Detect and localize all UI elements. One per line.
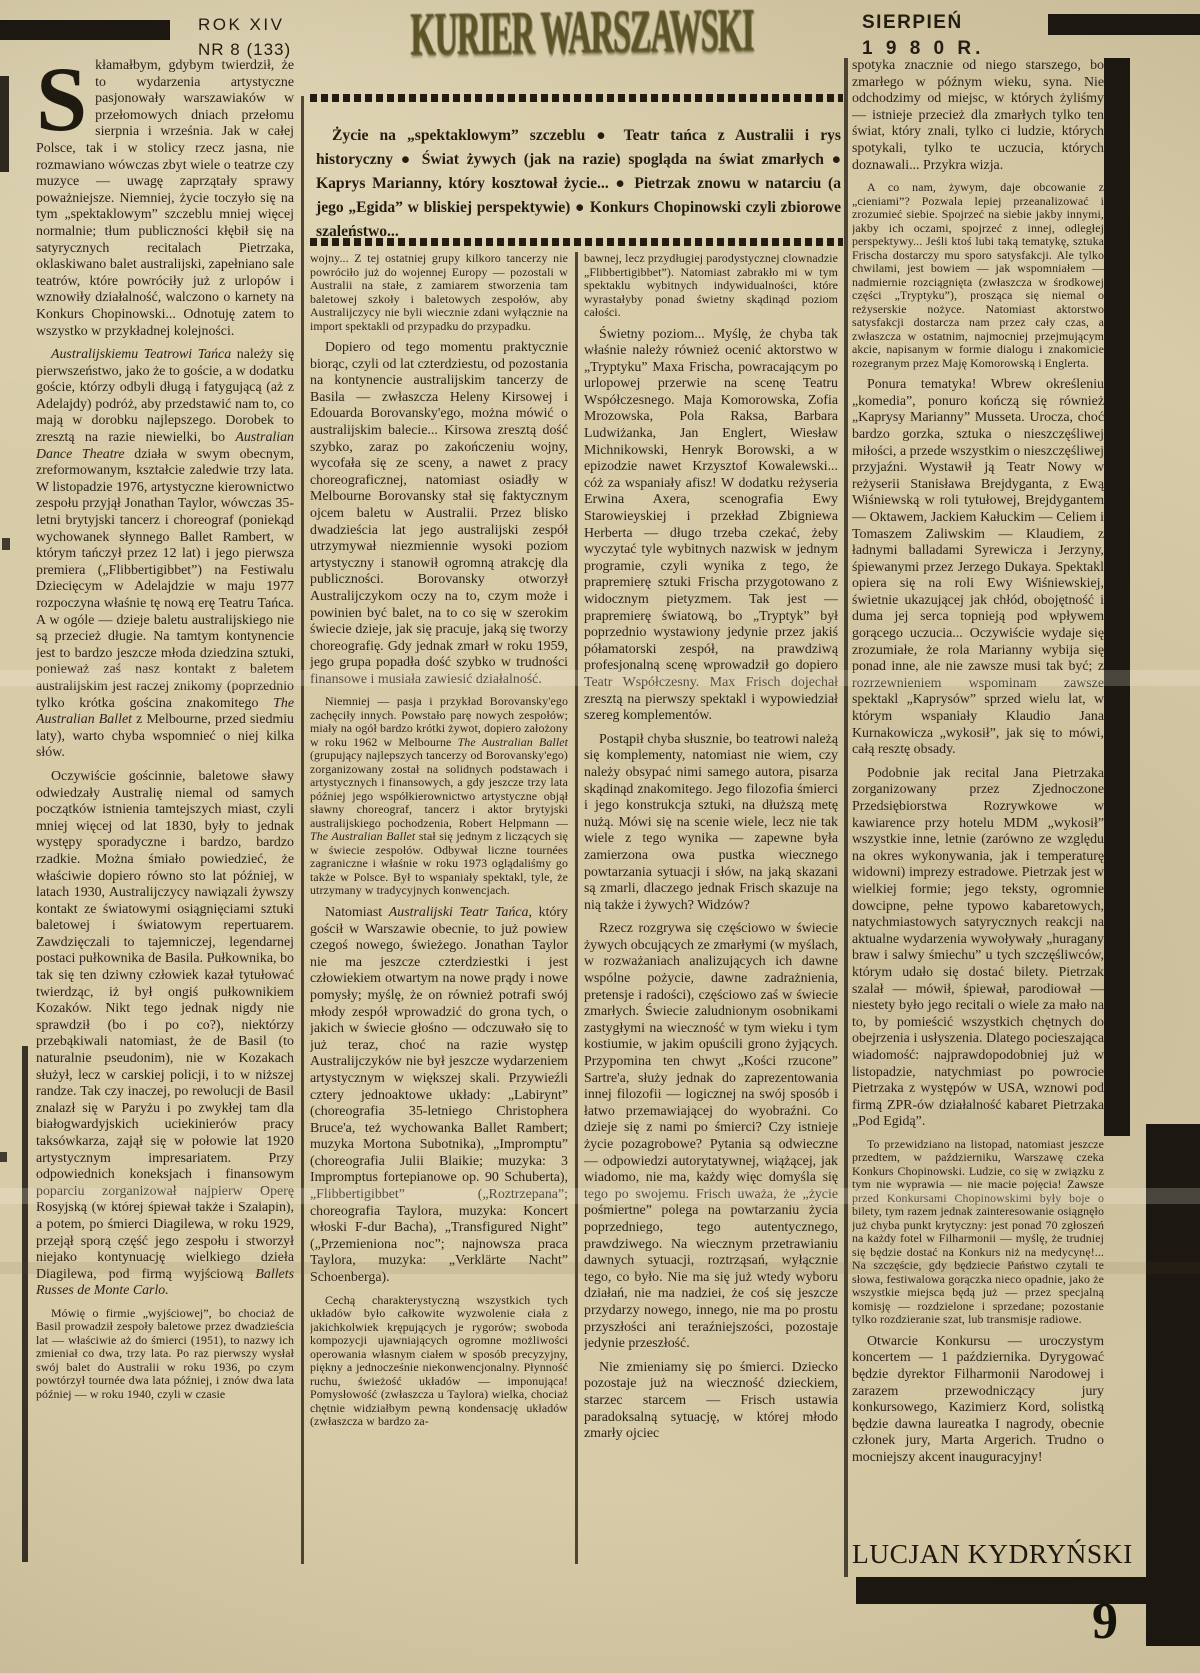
article-paragraph: Ponura tematyka! Wbrew określeniu „komed… xyxy=(852,377,1104,759)
issue-info: ROK XIV NR 8 (133) xyxy=(198,12,291,62)
page-border-left-lower xyxy=(22,1046,28,1562)
article-column-4: spotyka znacznie od niego starszego, bo … xyxy=(852,58,1104,1542)
lede-text: Życie na „spektaklowym” szczeblu ● Teatr… xyxy=(310,124,843,244)
column-rule-1 xyxy=(301,96,304,1564)
scan-artifact-left-top xyxy=(0,76,9,172)
lede-box: Życie na „spektaklowym” szczeblu ● Teatr… xyxy=(310,94,843,246)
article-column-1: Skłamałbym, gdybym twierdził, że to wyda… xyxy=(36,58,294,1562)
masthead-logo: KURIER WARSZAWSKI xyxy=(382,0,782,68)
article-paragraph: Niemniej — pasja i przykład Borovansky'e… xyxy=(310,695,568,898)
article-paragraph: Rzecz rozgrywa się częściowo w świecie ż… xyxy=(584,921,838,1352)
scan-artifact-dot-1 xyxy=(2,538,10,550)
article-paragraph: spotyka znacznie od niego starszego, bo … xyxy=(852,58,1104,174)
drop-cap: S xyxy=(36,62,87,136)
header-bar-right xyxy=(1048,14,1200,35)
article-paragraph: A co nam, żywym, daje obcowanie z „cieni… xyxy=(852,181,1104,370)
issue-month: SIERPIEŃ xyxy=(862,10,984,36)
scan-artifact-dot-2 xyxy=(0,1152,7,1162)
article-paragraph: Podobnie jak recital Jana Pietrzaka zorg… xyxy=(852,766,1104,1131)
newspaper-page: ROK XIV NR 8 (133) KURIER WARSZAWSKI SIE… xyxy=(0,0,1200,1673)
masthead-title: KURIER WARSZAWSKI xyxy=(410,0,753,70)
article-paragraph: Świetny poziom... Myślę, że chyba tak wł… xyxy=(584,327,838,725)
issue-date: SIERPIEŃ 1 9 8 0 R. xyxy=(862,10,984,62)
article-paragraph: Natomiast Australijski Teatr Tańca, któr… xyxy=(310,905,568,1287)
article-paragraph: Mówię o firmie „wyjściowej”, bo chociaż … xyxy=(36,1307,294,1402)
page-border-bottom-right xyxy=(856,1577,1200,1604)
article-paragraph: bawnej, lecz przydługiej parodystycznej … xyxy=(584,252,838,320)
column-rule-2 xyxy=(575,252,578,1564)
lede-border-top xyxy=(310,94,843,102)
article-paragraph: Dopiero od tego momentu praktycznie bior… xyxy=(310,340,568,688)
article-paragraph: Otwarcie Konkursu — uroczystym koncertem… xyxy=(852,1334,1104,1467)
column-rule-3 xyxy=(844,58,848,1577)
page-border-right xyxy=(1104,58,1130,1136)
lede-border-bottom xyxy=(310,238,843,246)
issue-year: ROK XIV xyxy=(198,12,291,37)
article-paragraph: Postąpił chyba słusznie, bo teatrowi nal… xyxy=(584,732,838,915)
article-paragraph: To przewidziano na listopad, natomiast j… xyxy=(852,1138,1104,1327)
article-column-2: wojny... Z tej ostatniej grupy kilkoro t… xyxy=(310,252,568,1566)
article-paragraph: Oczywiście gościnnie, baletowe sławy odw… xyxy=(36,769,294,1300)
article-paragraph: Skłamałbym, gdybym twierdził, że to wyda… xyxy=(36,58,294,340)
article-paragraph: Cechą charakterystyczną wszystkich tych … xyxy=(310,1294,568,1429)
article-paragraph: Australijskiemu Teatrowi Tańca należy si… xyxy=(36,347,294,762)
header-bar-left xyxy=(0,20,170,40)
author-signature: LUCJAN KYDRYŃSKI xyxy=(852,1538,1182,1570)
page-number: 9 xyxy=(1092,1592,1118,1651)
article-column-3: bawnej, lecz przydługiej parodystycznej … xyxy=(584,252,838,1566)
article-paragraph: wojny... Z tej ostatniej grupy kilkoro t… xyxy=(310,252,568,333)
article-paragraph: Nie zmieniamy się po śmierci. Dziecko po… xyxy=(584,1360,838,1443)
